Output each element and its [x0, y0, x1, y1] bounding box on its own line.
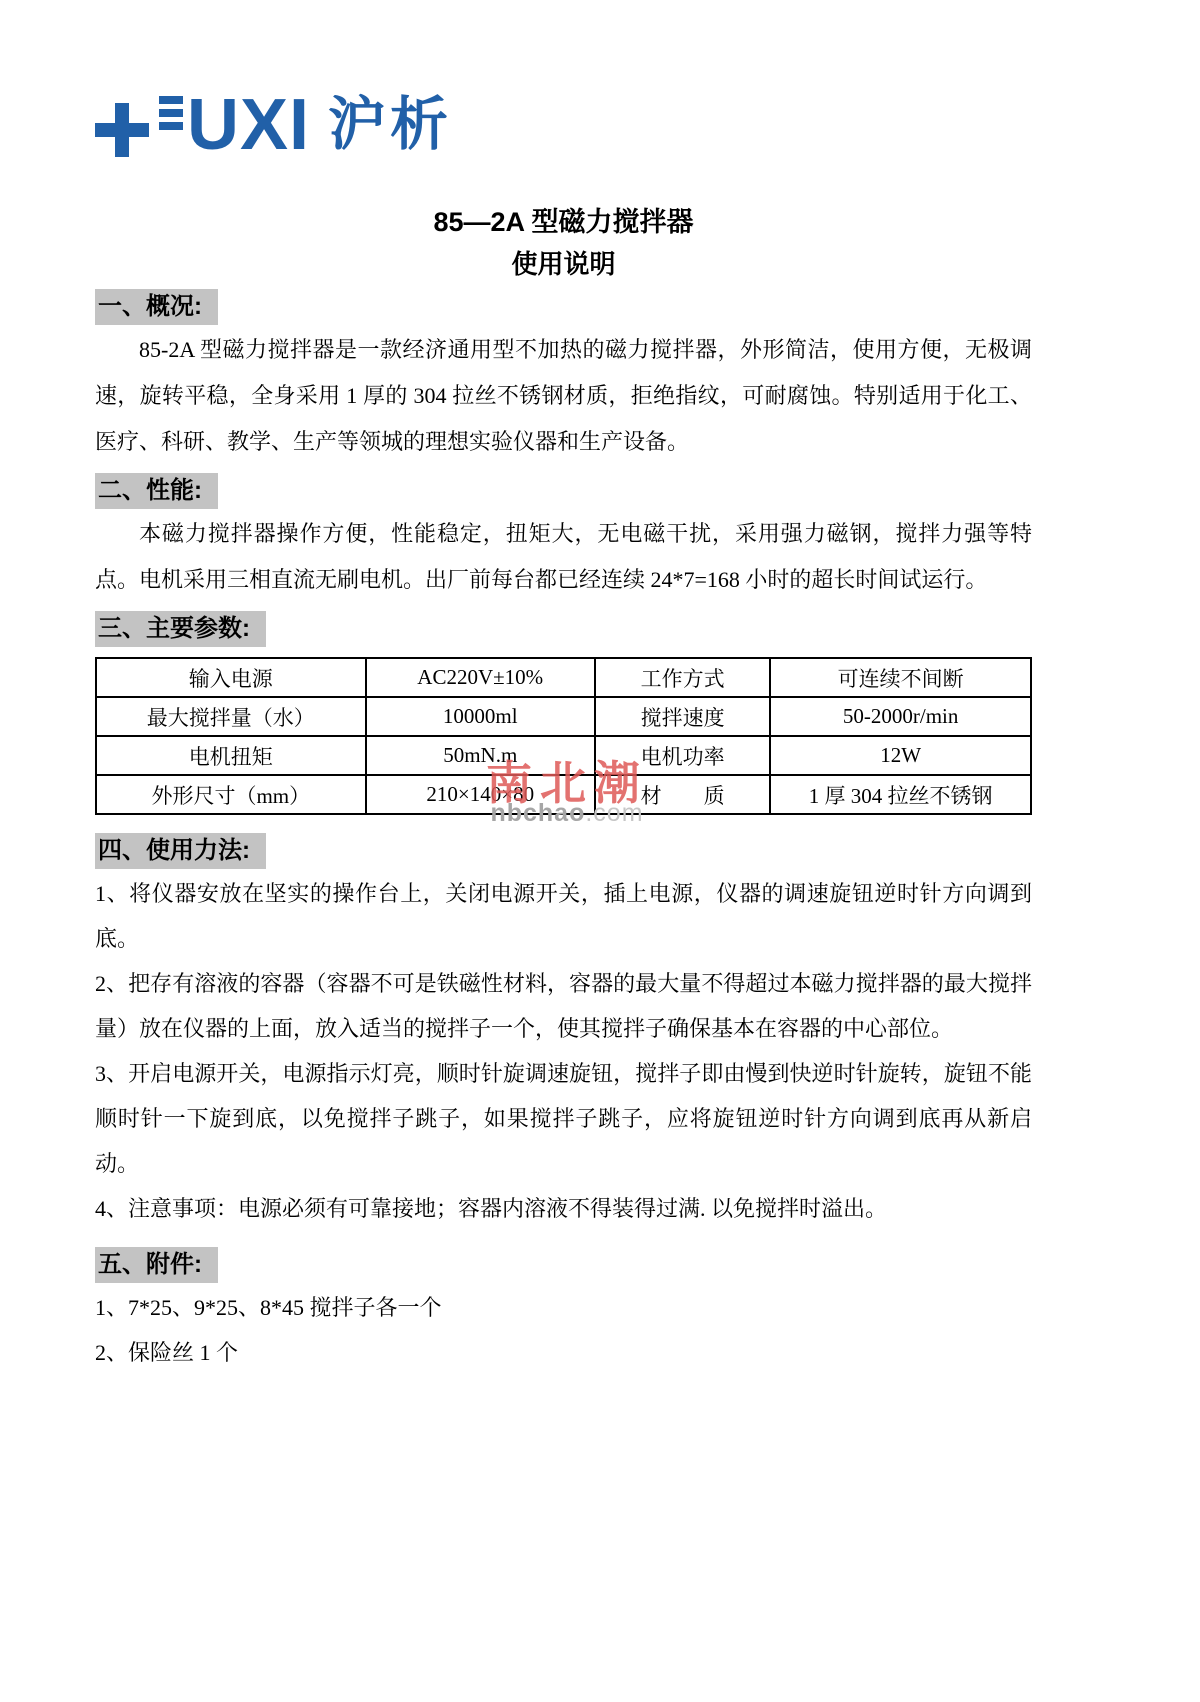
table-row: 输入电源 AC220V±10% 工作方式 可连续不间断	[96, 658, 1031, 697]
param-value-cell: 210×140×80	[366, 775, 595, 814]
param-name-cell: 电机扭矩	[96, 736, 366, 775]
accessory-item-2: 2、保险丝 1 个	[95, 1330, 1032, 1375]
param-value-cell: AC220V±10%	[366, 658, 595, 697]
usage-step-3: 3、开启电源开关，电源指示灯亮，顺时针旋调速旋钮，搅拌子即由慢到快逆时针旋转，旋…	[95, 1051, 1032, 1186]
section-heading-overview: 一、概况:	[95, 289, 218, 325]
param-value-cell: 50mN.m	[366, 736, 595, 775]
document-page: UXI 沪析 85—2A 型磁力搅拌器 使用说明 一、概况: 85-2A 型磁力…	[0, 0, 1200, 1702]
param-value-cell: 10000ml	[366, 697, 595, 736]
accessory-item-1: 1、7*25、9*25、8*45 搅拌子各一个	[95, 1285, 1032, 1330]
table-row: 外形尺寸（mm） 210×140×80 材 质 1 厚 304 拉丝不锈钢	[96, 775, 1031, 814]
section-heading-parameters: 三、主要参数:	[95, 611, 266, 647]
logo-latin-text: UXI	[187, 89, 310, 161]
usage-step-1: 1、将仪器安放在坚实的操作台上，关闭电源开关，插上电源，仪器的调速旋钮逆时针方向…	[95, 871, 1032, 961]
param-name-cell: 输入电源	[96, 658, 366, 697]
table-row: 最大搅拌量（水） 10000ml 搅拌速度 50-2000r/min	[96, 697, 1031, 736]
usage-step-4: 4、注意事项：电源必须有可靠接地；容器内溶液不得装得过满. 以免搅拌时溢出。	[95, 1186, 1032, 1231]
param-name-cell: 电机功率	[595, 736, 770, 775]
section-heading-accessories: 五、附件:	[95, 1247, 218, 1283]
brand-logo: UXI 沪析	[95, 83, 1032, 167]
section-heading-performance: 二、性能:	[95, 473, 218, 509]
performance-paragraph: 本磁力搅拌器操作方便，性能稳定，扭矩大，无电磁干扰，采用强力磁钢，搅拌力强等特点…	[95, 511, 1032, 603]
document-content: UXI 沪析 85—2A 型磁力搅拌器 使用说明 一、概况: 85-2A 型磁力…	[95, 0, 1032, 1375]
param-name-cell: 材 质	[595, 775, 770, 814]
logo-plus-icon	[95, 103, 149, 157]
param-name-cell: 外形尺寸（mm）	[96, 775, 366, 814]
section-heading-usage: 四、使用力法:	[95, 833, 266, 869]
param-name-cell: 工作方式	[595, 658, 770, 697]
param-value-cell: 可连续不间断	[770, 658, 1031, 697]
param-value-cell: 1 厚 304 拉丝不锈钢	[770, 775, 1031, 814]
param-name-cell: 搅拌速度	[595, 697, 770, 736]
parameters-table: 输入电源 AC220V±10% 工作方式 可连续不间断 最大搅拌量（水） 100…	[95, 657, 1032, 815]
logo-chinese-text: 沪析	[328, 89, 452, 161]
logo-dashes-icon	[159, 96, 183, 130]
overview-paragraph: 85-2A 型磁力搅拌器是一款经济通用型不加热的磁力搅拌器，外形简洁，使用方便，…	[95, 327, 1032, 465]
param-value-cell: 50-2000r/min	[770, 697, 1031, 736]
usage-step-2: 2、把存有溶液的容器（容器不可是铁磁性材料，容器的最大量不得超过本磁力搅拌器的最…	[95, 961, 1032, 1051]
document-title: 85—2A 型磁力搅拌器	[95, 205, 1032, 239]
table-row: 电机扭矩 50mN.m 电机功率 12W	[96, 736, 1031, 775]
param-name-cell: 最大搅拌量（水）	[96, 697, 366, 736]
document-subtitle: 使用说明	[95, 247, 1032, 281]
param-value-cell: 12W	[770, 736, 1031, 775]
